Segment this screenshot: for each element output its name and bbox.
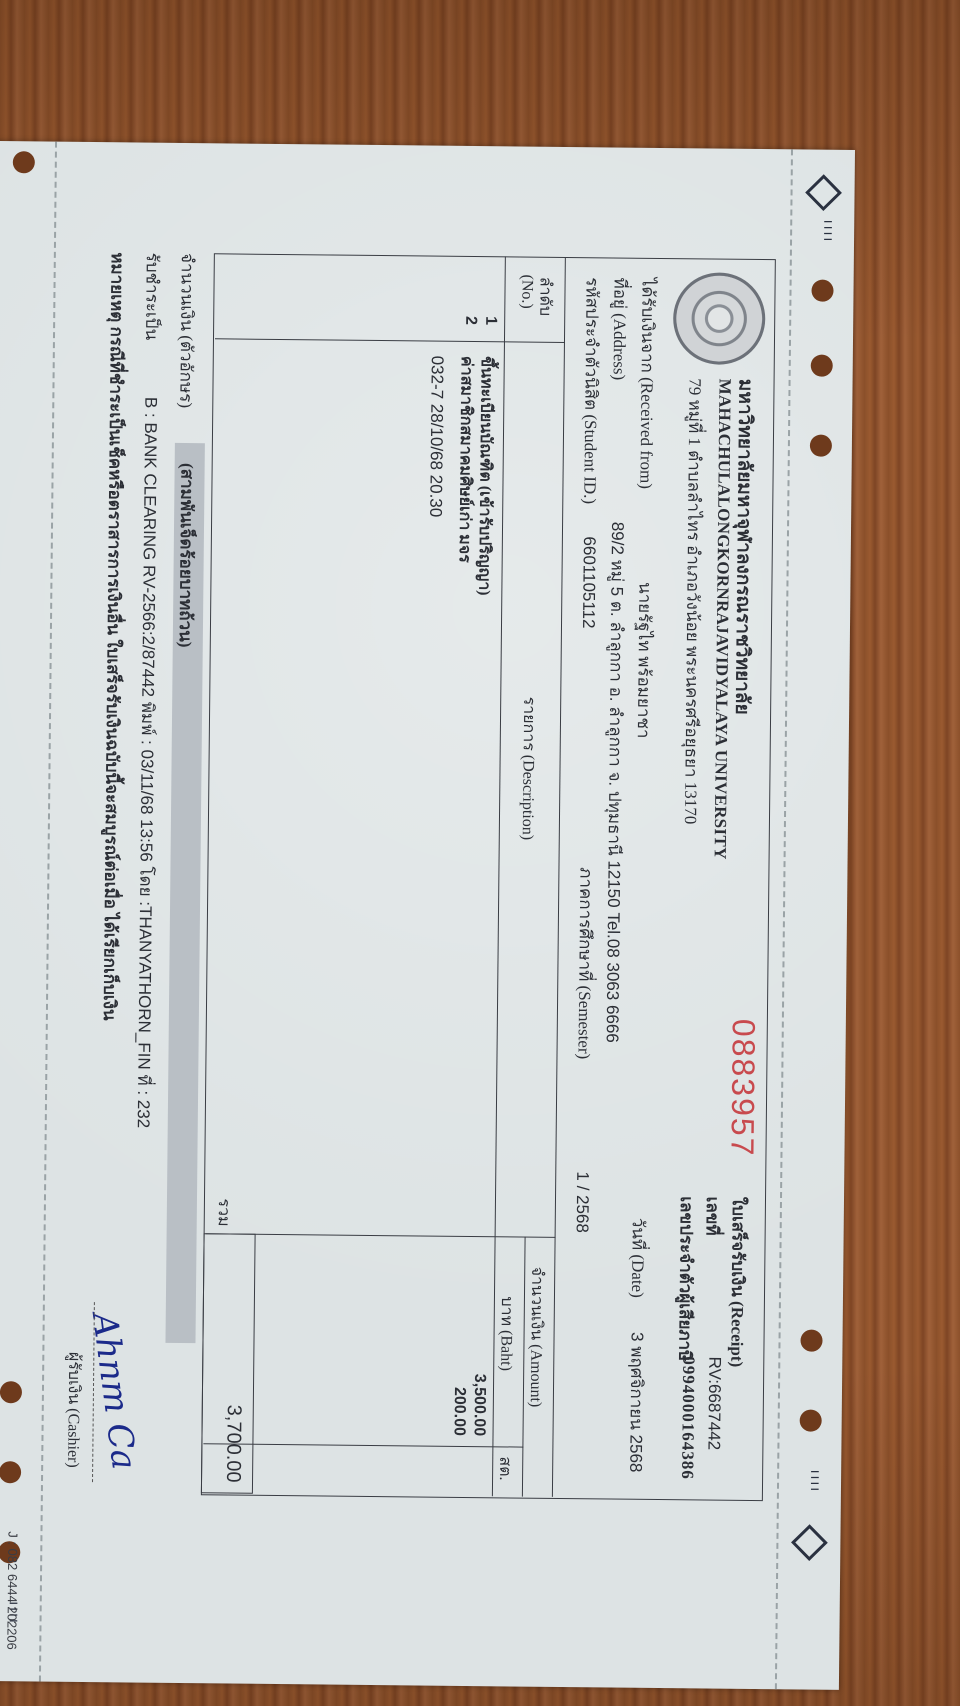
book-number-label: เลขที่: [699, 1196, 726, 1235]
university-address: 79 หมู่ที่ 1 ตำบลลำไทร อำเภอวังน้อย พระน…: [677, 378, 709, 824]
feed-hole: [0, 1381, 22, 1403]
feed-hole: [13, 151, 35, 173]
note-text: หมายเหตุ กรณีที่ชำระเป็นเช็คหรือตราสารกา…: [96, 252, 131, 1021]
received-from-label: ได้รับเงินจาก (Received from): [632, 278, 662, 578]
registration-mark-icon: [791, 1524, 828, 1561]
header-satang: สต.: [492, 1456, 517, 1480]
header-description: รายการ (Description): [515, 696, 542, 840]
registration-mark-icon: [805, 174, 842, 211]
student-id-value: 6601105112: [578, 536, 599, 628]
payment-reference: 032-7 28/10/68 20.30: [425, 356, 447, 518]
tractor-feed-top: ıııı ıııı: [779, 149, 855, 1690]
date-label: วันที่ (Date): [624, 1218, 652, 1328]
feed-hole: [0, 1461, 21, 1483]
address-label: ที่อยู่ (Address): [604, 277, 634, 517]
student-id-row: รหัสประจำตัวนิสิต (Student ID.) 66011051…: [575, 277, 606, 629]
item-number: 2: [461, 316, 479, 325]
header-amount: จำนวนเงิน (Amount): [523, 1267, 549, 1408]
total-amount: 3,700.00: [201, 1233, 256, 1494]
book-number-value: RV:6687442: [703, 1356, 724, 1450]
receipt-number: 0883957: [723, 1019, 761, 1158]
feed-hole: [800, 1409, 822, 1431]
amount-in-words-row: จำนวนเงิน (ตัวอักษร) (สามพันเจ็ดร้อยบาทถ…: [161, 253, 201, 1493]
tax-id-value: 0994000164386: [677, 1356, 698, 1480]
feed-hole: [811, 280, 833, 302]
items-table: ลำดับ (No.) รายการ (Description) จำนวนเง…: [203, 253, 566, 1497]
header-no-th: ลำดับ: [532, 277, 557, 317]
student-id-label: รหัสประจำตัวนิสิต (Student ID.): [576, 277, 606, 532]
item-amount: 200.00: [450, 1316, 469, 1436]
total-label: รวม: [211, 1198, 236, 1226]
amount-in-words-label: จำนวนเงิน (ตัวอักษร): [176, 253, 197, 408]
receipt-title: ใบเสร็จรับเงิน (Receipt): [723, 1197, 752, 1368]
tick-marks: ıııı: [807, 1470, 823, 1494]
tax-id-label: เลขประจำตัวผู้เสียภาษี: [671, 1196, 700, 1361]
header-no-en: (No.): [517, 274, 535, 308]
cashier-label: ผู้รับเงิน (Cashier): [60, 1352, 86, 1468]
address-value: 89/2 หมู่ 5 ต. ลำลูกกา อ. ลำลูกกา จ. ปทุ…: [599, 522, 631, 1043]
item-amount: 3,500.00: [470, 1316, 489, 1436]
date-value: 3 พฤศจิกายน 2568: [622, 1332, 650, 1473]
semester-row: ภาคการศึกษาที่ (Semester) 1 / 2568: [569, 867, 600, 1233]
column-divider: [215, 338, 565, 343]
feed-hole: [800, 1329, 822, 1351]
feed-hole: [810, 435, 832, 457]
receipt-form: มหาวิทยาลัยมหาจุฬาลงกรณราชวิทยาลัย MAHAC…: [43, 252, 776, 1519]
form-print-code: J : 082 6444 202206: [4, 1531, 20, 1650]
semester-label: ภาคการศึกษาที่ (Semester): [569, 867, 599, 1167]
date-row: วันที่ (Date) 3 พฤศจิกายน 2568: [622, 1218, 652, 1473]
receipt-document: ıııı ıııı มหาวิทยาลัยมหาจุฬาลงกรณราชวิทย…: [0, 141, 855, 1690]
column-divider: [206, 1233, 556, 1238]
university-seal-logo: [673, 272, 766, 365]
received-from-value: นายรัฐไท พร้อมยาชา: [630, 582, 659, 739]
payment-method-row: รับชำระเป็น B : BANK CLEARING RV-2566:2/…: [130, 253, 166, 1129]
tick-marks: ıııı: [820, 220, 836, 244]
payment-method-value: B : BANK CLEARING RV-2566:2/87442 พิมพ์ …: [134, 397, 161, 1129]
feed-hole: [811, 355, 833, 377]
item-description: ค่าสมาชิกสมาคมศิษย์เก่า มจร: [452, 356, 479, 563]
payment-method-label: รับชำระเป็น: [137, 253, 165, 393]
header-baht: บาท (Baht): [493, 1296, 519, 1371]
semester-value: 1 / 2568: [572, 1171, 593, 1233]
received-from-row: ได้รับเงินจาก (Received from) นายรัฐไท พ…: [630, 278, 662, 739]
amount-in-words-value: (สามพันเจ็ดร้อยบาทถ้วน): [172, 463, 201, 648]
item-number: 1: [481, 316, 499, 325]
